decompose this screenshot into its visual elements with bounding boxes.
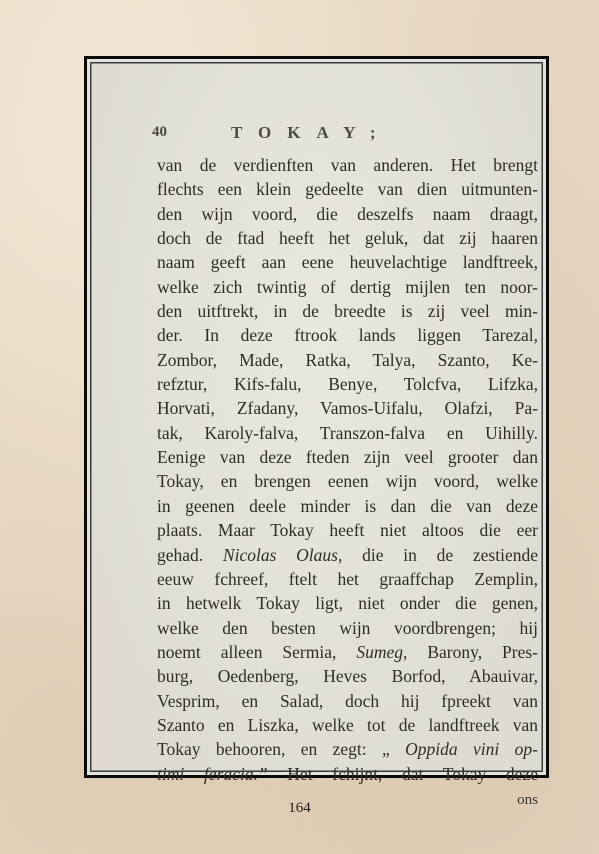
folio-number: 40 xyxy=(152,124,167,141)
text-segment: gehad. xyxy=(157,545,223,565)
text-line: welke zich twintig of dertig mijlen ten … xyxy=(157,275,538,299)
place-name-italic: Sumeg xyxy=(356,642,403,662)
author-name-italic: Nicolas Olaus xyxy=(223,545,338,565)
text-line: burg, Oedenberg, Heves Borfod, Abauivar, xyxy=(157,664,538,688)
text-line: doch de ftad heeft het geluk, dat zij ha… xyxy=(157,226,538,250)
text-line: naam geeft aan eene heuvelachtige landft… xyxy=(157,250,538,274)
text-segment: Het fchijnt, dat Tokay deze xyxy=(268,764,538,784)
scanned-page: 40 TOKAY; van de verdienften van anderen… xyxy=(90,62,543,772)
page-number: 164 xyxy=(0,800,599,817)
text-line: den uitftrekt, in de breedte is zij veel… xyxy=(157,299,538,323)
text-segment: , die in de zestiende xyxy=(338,545,538,565)
text-line: refztur, Kifs-falu, Benye, Tolcfva, Lifz… xyxy=(157,372,538,396)
text-line: der. In deze ftrook lands liggen Tarezal… xyxy=(157,323,538,347)
text-line: Horvati, Zfadany, Vamos-Uifalu, Olafzi, … xyxy=(157,396,538,420)
text-line: Vesprim, en Salad, doch hij fpreekt van xyxy=(157,689,538,713)
text-line: Szanto en Liszka, welke tot de landftree… xyxy=(157,713,538,737)
text-line: plaats. Maar Tokay heeft niet altoos die… xyxy=(157,518,538,542)
running-title: TOKAY; xyxy=(231,123,392,143)
text-line: in geenen deele minder is dan die van de… xyxy=(157,494,538,518)
text-line: Zombor, Made, Ratka, Talya, Szanto, Ke- xyxy=(157,348,538,372)
text-line: welke den besten wijn voordbrengen; hij xyxy=(157,616,538,640)
latin-quote-italic: timi feracia.” xyxy=(157,764,268,784)
text-line: eeuw fchreef, ftelt het graaffchap Zempl… xyxy=(157,567,538,591)
text-line: noemt alleen Sermia, Sumeg, Barony, Pres… xyxy=(157,640,538,664)
text-line: den wijn voord, die deszelfs naam draagt… xyxy=(157,202,538,226)
running-head: 40 TOKAY; xyxy=(91,124,542,144)
text-line: Tokay, en brengen eenen wijn voord, welk… xyxy=(157,469,538,493)
latin-quote-italic: Oppida vini op- xyxy=(405,739,538,759)
text-line: gehad. Nicolas Olaus, die in de zestiend… xyxy=(157,543,538,567)
text-line: tak, Karoly-falva, Transzon-falva en Uih… xyxy=(157,421,538,445)
text-line: in hetwelk Tokay ligt, niet onder die ge… xyxy=(157,591,538,615)
text-line: van de verdienften van anderen. Het bren… xyxy=(157,153,538,177)
text-line: flechts een klein gedeelte van dien uitm… xyxy=(157,177,538,201)
body-text: van de verdienften van anderen. Het bren… xyxy=(157,153,538,812)
text-segment: noemt alleen Sermia, xyxy=(157,642,356,662)
text-line: Eenige van deze fteden zijn veel grooter… xyxy=(157,445,538,469)
text-segment: Tokay behooren, en zegt: „ xyxy=(157,739,405,759)
text-line: Tokay behooren, en zegt: „ Oppida vini o… xyxy=(157,737,538,761)
text-line: timi feracia.” Het fchijnt, dat Tokay de… xyxy=(157,762,538,786)
text-segment: , Barony, Pres- xyxy=(403,642,538,662)
page-frame: 40 TOKAY; van de verdienften van anderen… xyxy=(84,56,549,778)
